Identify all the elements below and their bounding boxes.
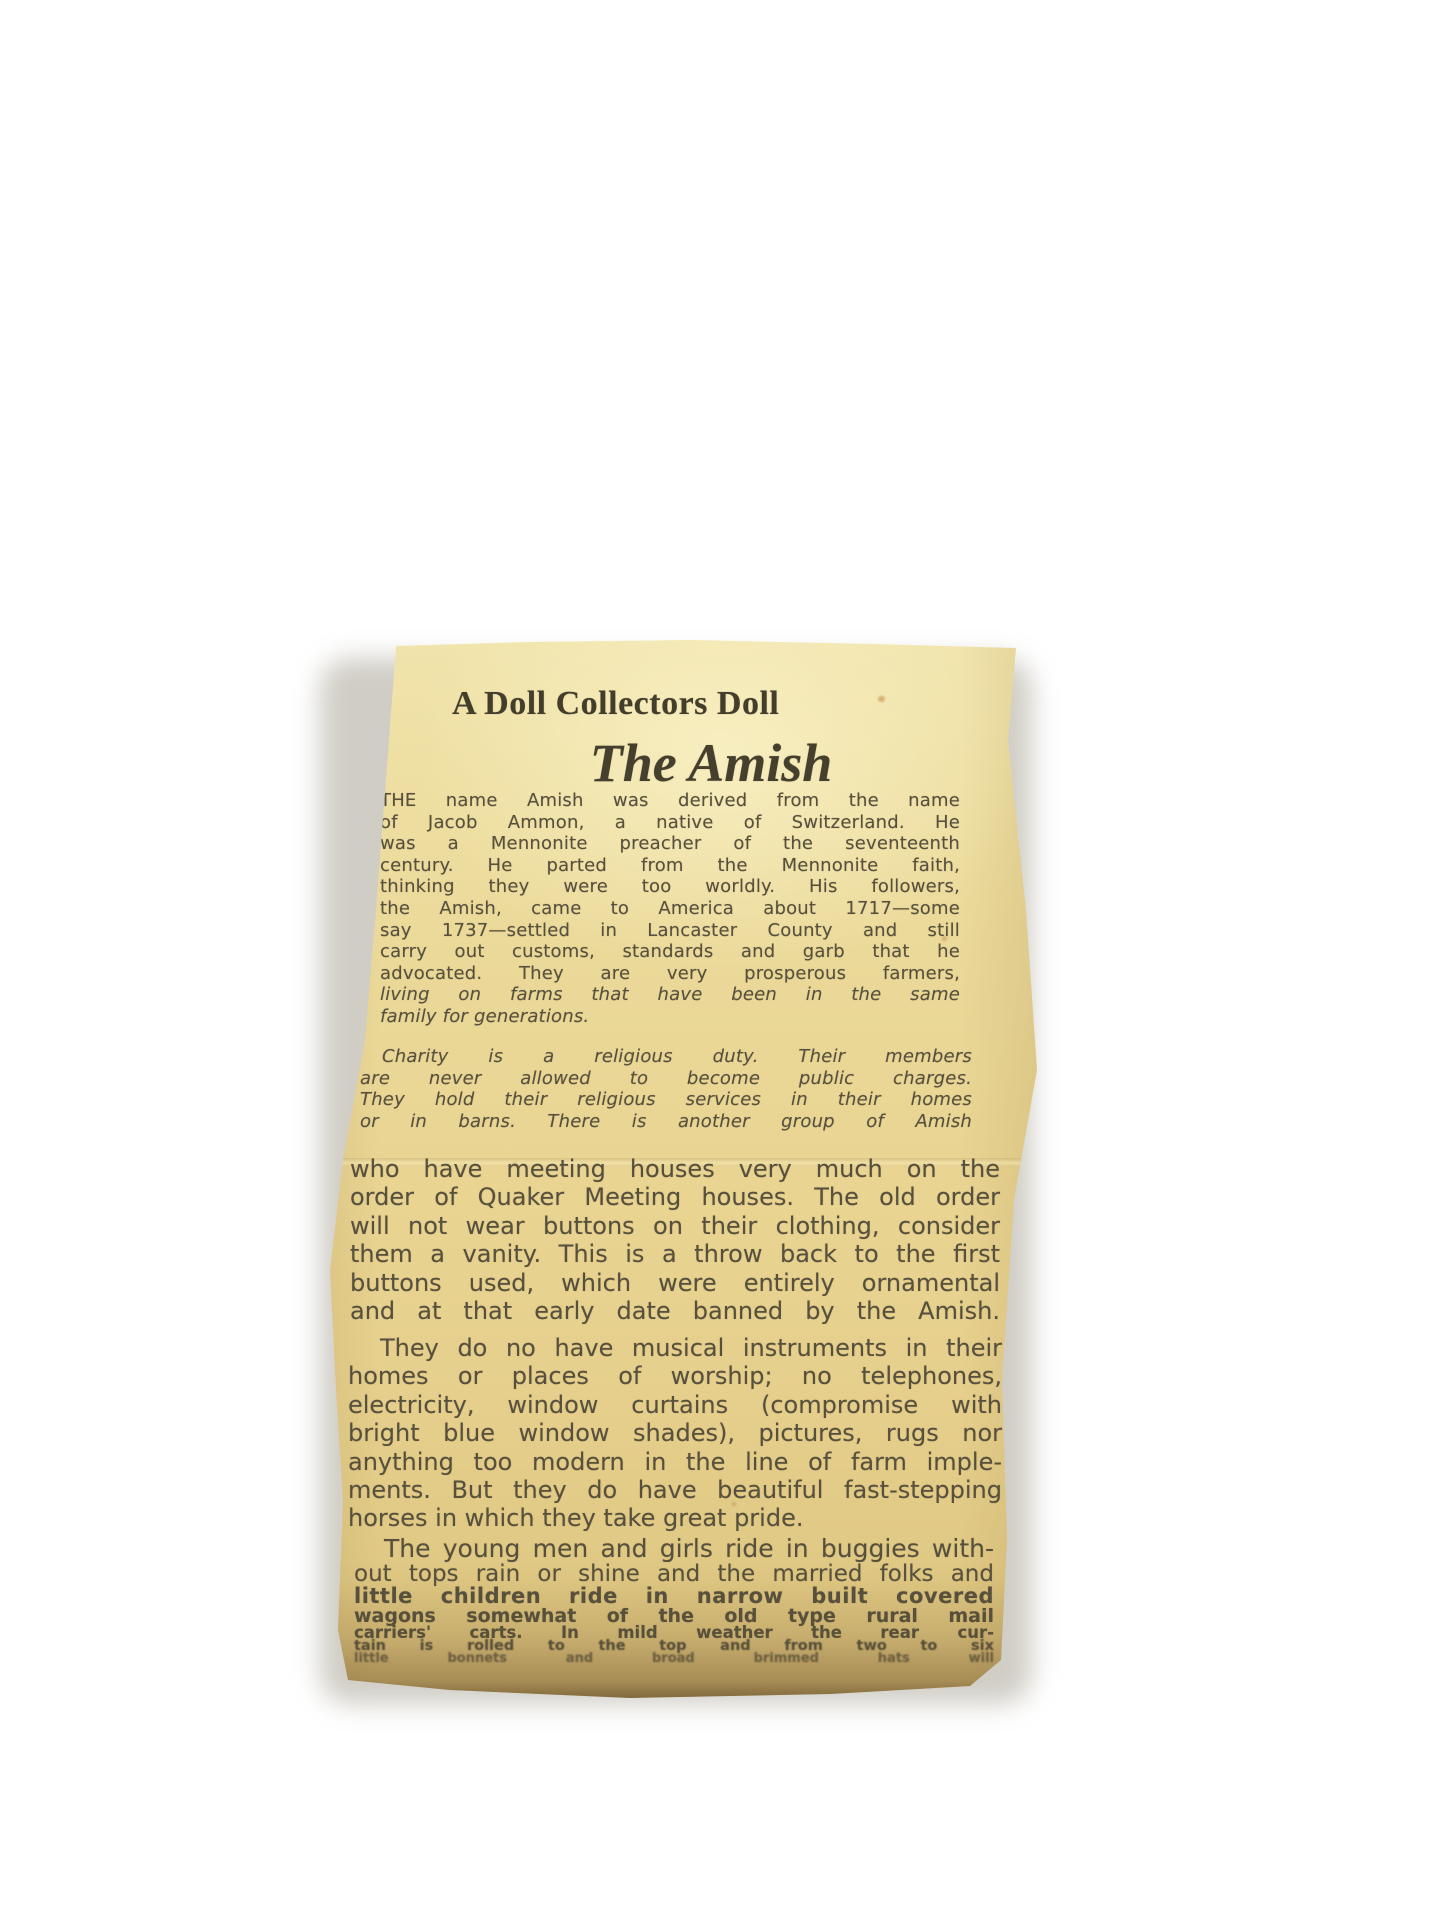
leaflet-paper: A Doll Collectors Doll The Amish THE nam… [330,640,1044,1698]
text-line: say 1737—settled in Lancaster County and… [380,920,960,942]
text-line: was a Mennonite preacher of the seventee… [380,833,960,855]
paragraph-no-instruments: They do no have musical instruments in t… [348,1334,1002,1533]
text-line: bright blue window shades), pictures, ru… [348,1419,1002,1447]
text-line: little children ride in narrow built cov… [354,1586,994,1607]
paper-stain [878,696,885,702]
text-line: them a vanity. This is a throw back to t… [350,1240,1000,1268]
photo-canvas: A Doll Collectors Doll The Amish THE nam… [0,0,1440,1919]
text-line: horses in which they take great pride. [348,1504,1002,1532]
document-kicker: A Doll Collectors Doll [452,684,779,724]
text-line: THE name Amish was derived from the name [380,790,960,812]
text-line: electricity, window curtains (compromise… [348,1391,1002,1419]
text-line: Charity is a religious duty. Their membe… [360,1046,972,1068]
text-line: advocated. They are very prosperous farm… [380,963,960,985]
text-line: The young men and girls ride in buggies … [354,1536,994,1562]
text-line: who have meeting houses very much on the [350,1155,1000,1183]
text-line: buttons used, which were entirely orname… [350,1269,1000,1297]
text-line: They do no have musical instruments in t… [348,1334,1002,1362]
paragraph-charity-italic: Charity is a religious duty. Their membe… [360,1046,972,1132]
text-line: carry out customs, standards and garb th… [380,941,960,963]
paragraph-charity-rest: who have meeting houses very much on the… [350,1155,1000,1325]
text-line: and at that early date banned by the Ami… [350,1297,1000,1325]
text-line: of Jacob Ammon, a native of Switzerland.… [380,812,960,834]
text-line: or in barns. There is another group of A… [360,1111,972,1133]
text-line: century. He parted from the Mennonite fa… [380,855,960,877]
text-line: are never allowed to become public charg… [360,1068,972,1090]
text-line: living on farms that have been in the sa… [380,984,960,1006]
text-line: order of Quaker Meeting houses. The old … [350,1183,1000,1211]
text-line: anything too modern in the line of farm … [348,1448,1002,1476]
text-line: homes or places of worship; no telephone… [348,1362,1002,1390]
text-line: out tops rain or shine and the married f… [354,1562,994,1586]
text-line: family for generations. [380,1006,960,1028]
text-line: the Amish, came to America about 1717—so… [380,898,960,920]
paragraph-origin-history: THE name Amish was derived from the name… [380,790,960,1028]
document-title: The Amish [330,734,1044,792]
text-line: ments. But they do have beautiful fast-s… [348,1476,1002,1504]
text-line: They hold their religious services in th… [360,1089,972,1111]
paragraph-buggies-folded: The young men and girls ride in buggies … [354,1536,994,1664]
text-line: thinking they were too worldly. His foll… [380,876,960,898]
text-line: will not wear buttons on their clothing,… [350,1212,1000,1240]
text-line: little bonnets and broad brimmed hats wi… [354,1653,994,1664]
